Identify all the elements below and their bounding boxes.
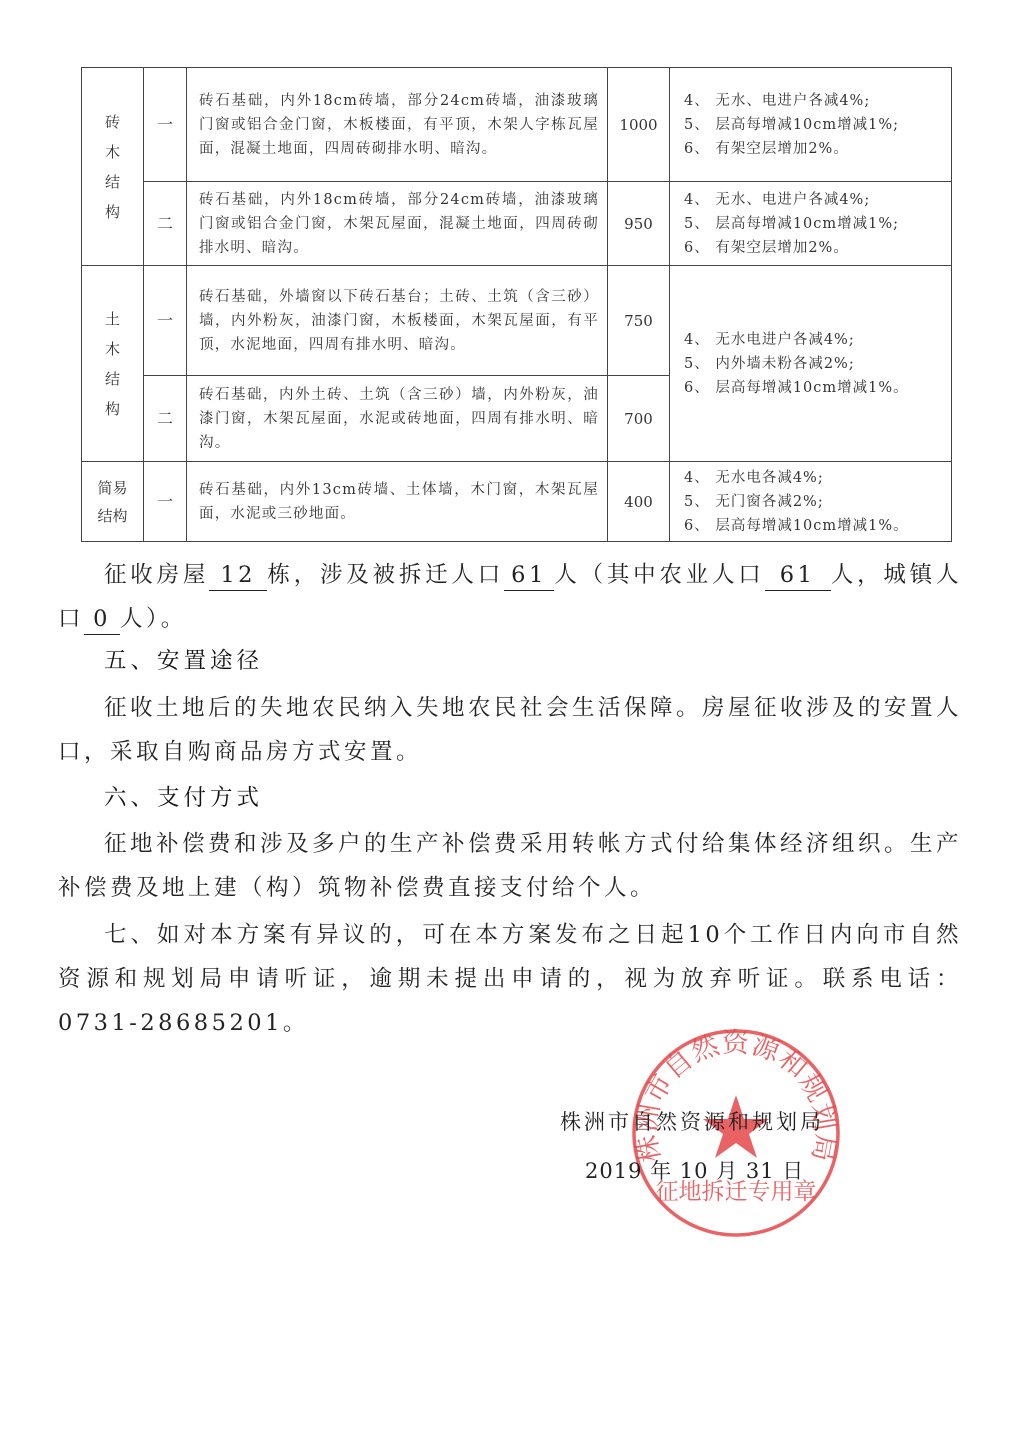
price-cell: 1000 [608,68,670,182]
table-row: 简易结构 一 砖石基础，内外13cm砖墙、土体墙，木门窗，木架瓦屋面，水泥或三砂… [82,462,952,542]
signing-organization: 株洲市自然资源和规划局 [560,1106,824,1136]
table-row: 土木结构 一 砖石基础，外墙窗以下砖石基台；土砖、土筑（含三砂）墙，内外粉灰，油… [82,266,952,376]
houses-count: 12 [209,560,267,591]
grade-cell: 二 [144,182,187,266]
structure-type-cell: 砖木结构 [82,68,144,266]
description-cell: 砖石基础，内外13cm砖墙、土体墙，木门窗，木架瓦屋面，水泥或三砂地面。 [187,462,608,542]
description-cell: 砖石基础，内外土砖、土筑（含三砂）墙，内外粉灰，油漆门窗，木架瓦屋面，水泥或砖地… [187,376,608,462]
grade-cell: 一 [144,68,187,182]
structure-type-cell: 土木结构 [82,266,144,462]
price-cell: 400 [608,462,670,542]
price-cell: 700 [608,376,670,462]
section-5-heading: 五、安置途径 [104,643,263,675]
section-7-body: 七、如对本方案有异议的，可在本方案发布之日起10个工作日内向市自然资源和规划局申… [58,913,962,1045]
section-6-body: 征地补偿费和涉及多户的生产补偿费采用转帐方式付给集体经济组织。生产补偿费及地上建… [58,822,962,910]
grade-cell: 一 [144,266,187,376]
people-count: 61 [504,560,554,591]
grade-cell: 二 [144,376,187,462]
building-compensation-table: 砖木结构 一 砖石基础，内外18cm砖墙，部分24cm砖墙，油漆玻璃门窗或铝合金… [81,67,952,542]
notes-cell: 4、 无水、电进户各减4%; 5、 层高每增减10cm增减1%; 6、 有架空层… [670,182,952,266]
notes-cell: 4、 无水电进户各减4%; 5、 内外墙未粉各减2%; 6、 层高每增减10cm… [670,266,952,462]
notes-cell: 4、 无水电各减4%; 5、 无门窗各减2%; 6、 层高每增减10cm增减1%… [670,462,952,542]
signing-date: 2019 年 10 月 31 日 [585,1155,804,1185]
section-5-body: 征收土地后的失地农民纳入失地农民社会生活保障。房屋征收涉及的安置人口，采取自购商… [58,686,962,774]
section-6-heading: 六、支付方式 [104,780,263,812]
table-row: 二 砖石基础，内外18cm砖墙，部分24cm砖墙，油漆玻璃门窗或铝合金门窗，木架… [82,182,952,266]
urban-count: 0 [84,604,120,635]
description-cell: 砖石基础，内外18cm砖墙，部分24cm砖墙，油漆玻璃门窗或铝合金门窗，木板楼面… [187,68,608,182]
price-cell: 950 [608,182,670,266]
grade-cell: 一 [144,462,187,542]
description-cell: 砖石基础，内外18cm砖墙，部分24cm砖墙，油漆玻璃门窗或铝合金门窗，木架瓦屋… [187,182,608,266]
price-cell: 750 [608,266,670,376]
table-row: 砖木结构 一 砖石基础，内外18cm砖墙，部分24cm砖墙，油漆玻璃门窗或铝合金… [82,68,952,182]
agri-count: 61 [765,560,831,591]
description-cell: 砖石基础，外墙窗以下砖石基台；土砖、土筑（含三砂）墙，内外粉灰，油漆门窗，木板楼… [187,266,608,376]
population-paragraph: 征收房屋12栋，涉及被拆迁人口61人（其中农业人口61人，城镇人口0人）。 [58,553,962,641]
notes-cell: 4、 无水、电进户各减4%; 5、 层高每增减10cm增减1%; 6、 有架空层… [670,68,952,182]
structure-type-cell: 简易结构 [82,462,144,542]
